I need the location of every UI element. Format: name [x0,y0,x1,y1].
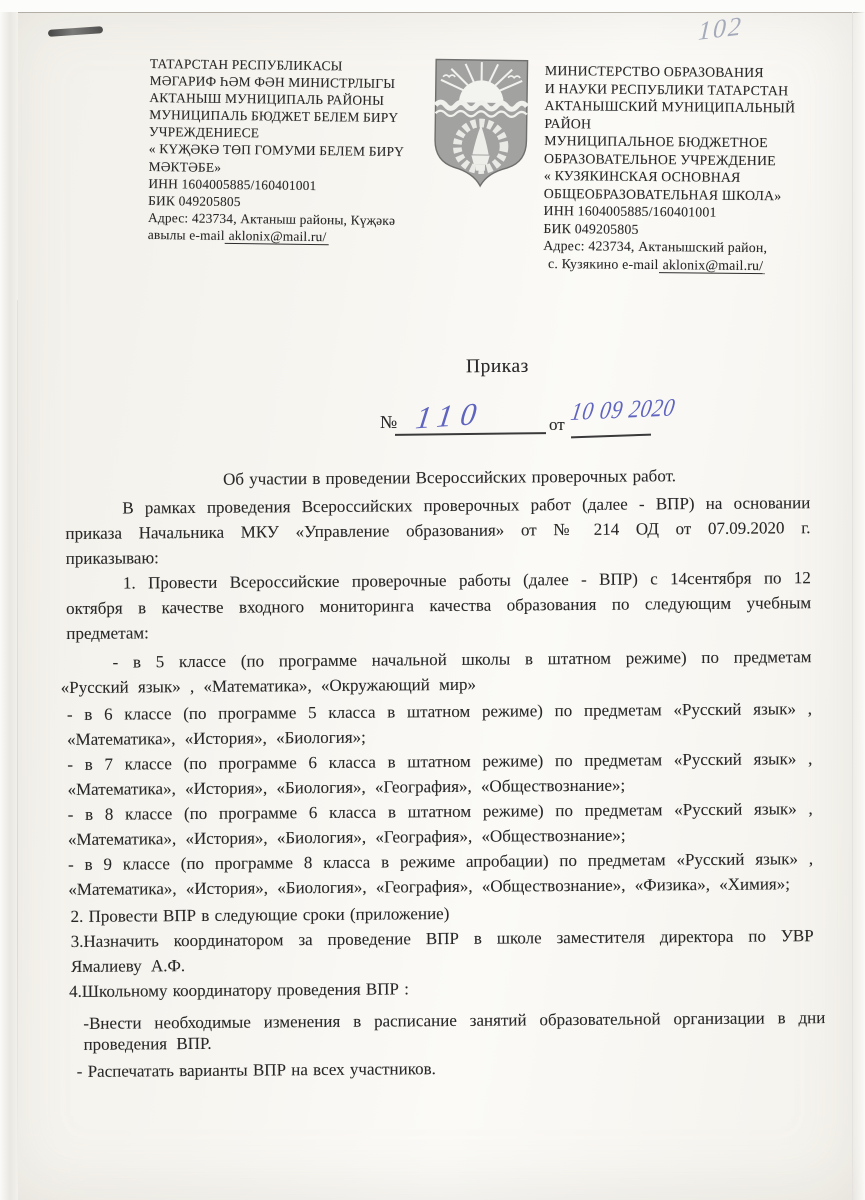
order-date-underline [571,434,651,438]
scanned-order-document: 102 ТАТАРСТАН РЕСПУБЛИКАСЫ МӘГАРИФ ҺӘМ Ф… [0,0,865,1200]
paper-right-edge [852,12,865,1200]
paper-left-edge [17,300,18,1200]
letterhead-left-tatar: ТАТАРСТАН РЕСПУБЛИКАСЫ МӘГАРИФ ҺӘМ ФӘН М… [148,55,432,246]
email-prefix: авылы e-mail [148,227,225,243]
handwritten-order-date: 10 09 2020 [569,394,678,427]
order-body: Об участии в проведении Всероссийских пр… [65,462,815,1084]
letterhead-email-line: авылы e-mailaklonix@mail.ru/ [148,226,430,247]
letterhead-line: « КУЗЯКИНСКАЯ ОСНОВНАЯ [544,167,852,187]
order-paragraph: 4.Школьному координатору проведения ВПР … [69,973,814,1004]
order-list-item-grade9: - в 9 классе (по программе 8 класса в ре… [68,846,813,902]
letterhead-line: МУНИЦИПАЛЬНОЕ БЮДЖЕТНОЕ [544,132,852,152]
letterhead-email-line: с. Кузякино e-mailaklonix@mail.ru/ [543,254,851,274]
email-prefix: с. Кузякино e-mail [548,256,659,272]
staple-mark-icon [48,26,103,37]
order-paragraph: - Распечатать варианты ВПР на всех участ… [77,1053,815,1084]
coat-of-arms-icon [429,56,533,189]
scan-left-margin [0,12,18,1200]
order-list-item-grade8: - в 8 классе (по программе 6 класса в шт… [68,796,813,852]
email-text: aklonix@mail.ru/ [659,257,766,274]
order-paragraph: В рамках проведения Всероссийских провер… [65,490,811,571]
subject-line: Об участии в проведении Всероссийских пр… [223,462,810,492]
order-number-label: № [380,412,397,433]
order-date-label: от [549,415,565,435]
letterhead-line: Адрес: 423734, Актанышский район, [543,237,851,257]
order-title: Приказ [466,356,529,378]
letterhead-right-russian: МИНИСТЕРСТВО ОБРАЗОВАНИЯ И НАУКИ РЕСПУБЛ… [543,62,853,275]
handwritten-order-number: 110 [414,395,487,436]
order-paragraph: -Внести необходимые изменения в расписан… [83,1007,825,1055]
letterhead-line: ИНН 1604005885/160401001 [543,202,851,222]
order-list-item-grade7: - в 7 классе (по программе 6 класса в шт… [67,746,812,802]
letterhead-line: АКТАНЫШСКИЙ МУНИЦИПАЛЬНЫЙ [544,97,852,117]
order-list-item-grade5: - в 5 классе (по программе начальной шко… [60,644,811,700]
letterhead-line: МИНИСТЕРСТВО ОБРАЗОВАНИЯ [545,62,853,82]
order-list-item-grade6: - в 6 классе (по программе 5 класса в шт… [67,696,812,752]
page-number-handwritten: 102 [697,11,743,47]
order-paragraph: 3.Назначить координатором за проведение … [71,923,814,979]
order-paragraph: 1. Провести Всероссийские проверочные ра… [66,565,812,646]
email-text: aklonix@mail.ru/ [225,228,329,245]
